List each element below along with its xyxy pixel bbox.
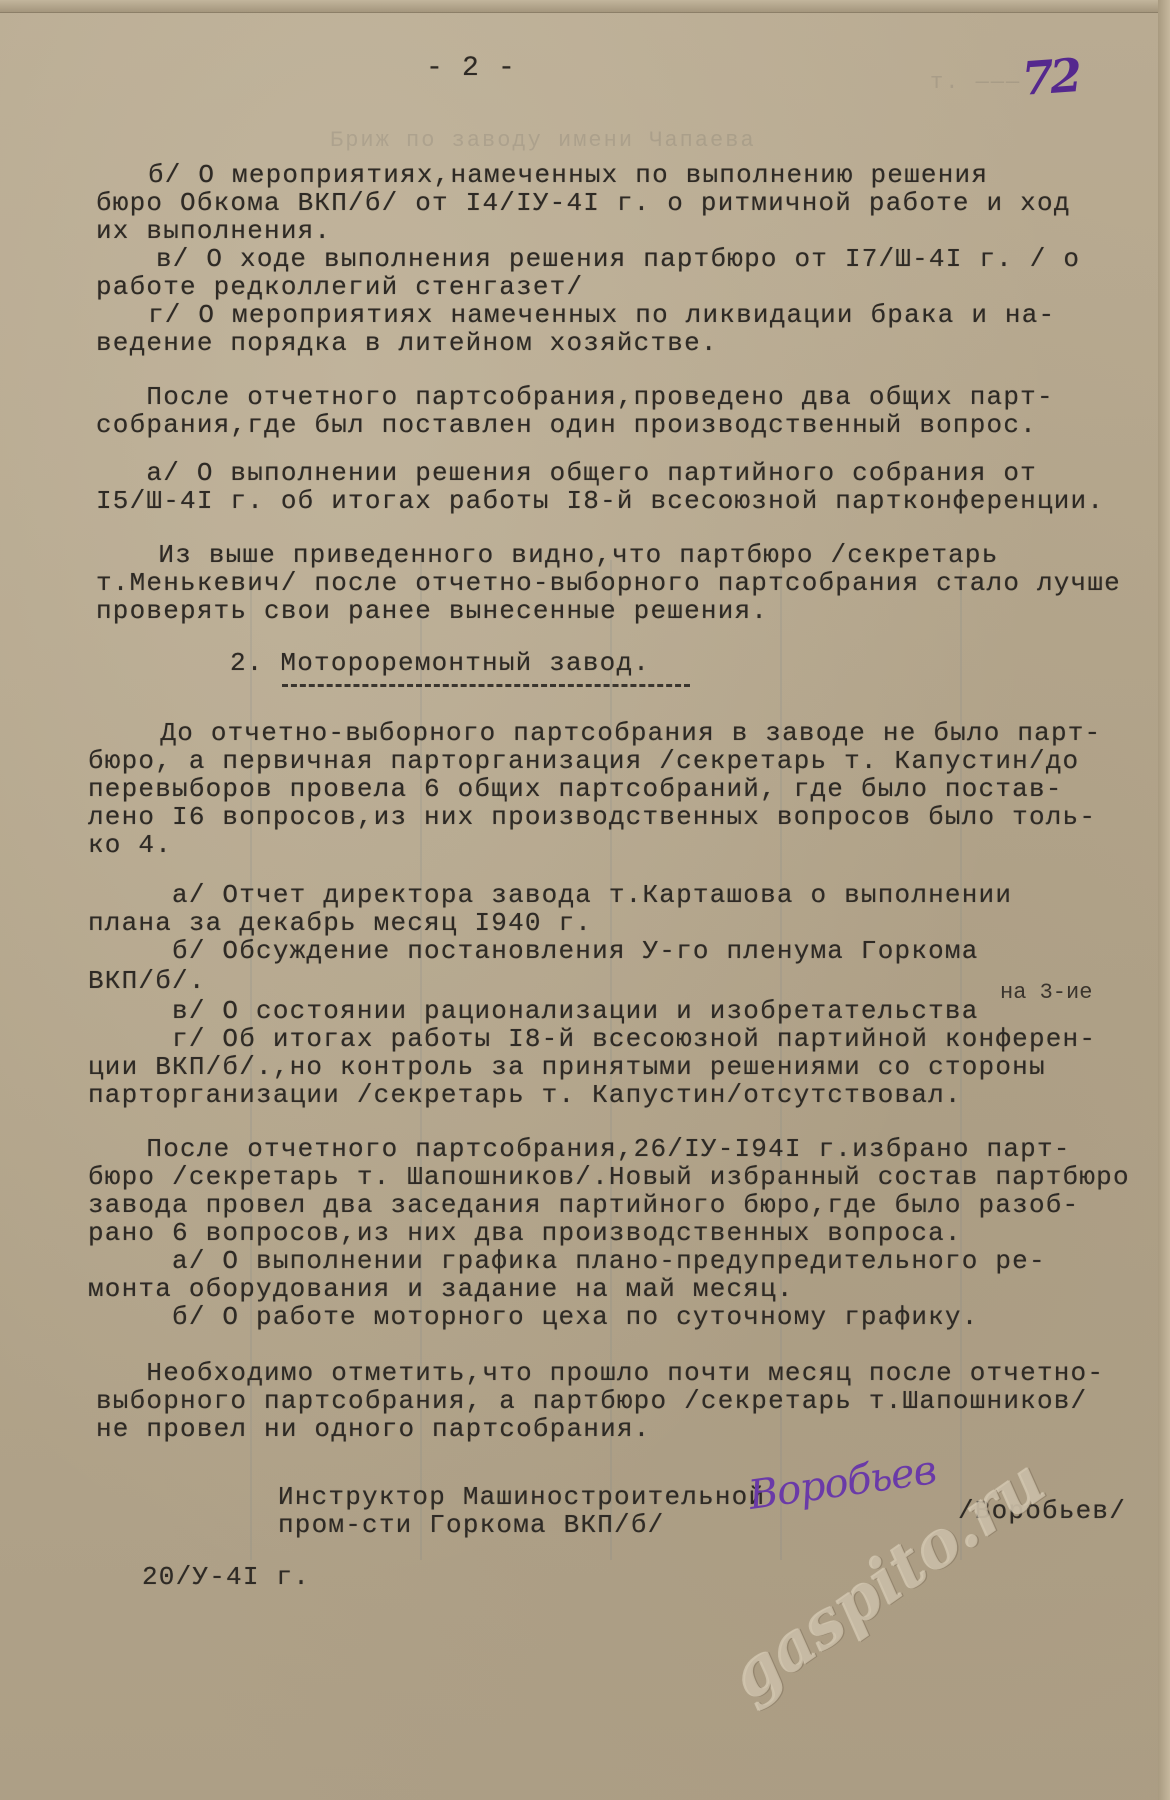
paragraph-line: I5/Ш-4I г. об итогах работы I8-й всесоюз… [96,486,1104,516]
text-line: г/ О мероприятиях намеченных по ликвидац… [148,300,1055,330]
paragraph-line: т.Менькевич/ после отчетно-выборного пар… [96,568,1121,598]
paragraph-line: лено I6 вопросов,из них производственных… [88,802,1096,832]
list-item: а/ О выполнении графика плано-предупреди… [88,1246,1046,1276]
text-line: бюро Обкома ВКП/б/ от I4/IУ-4I г. о ритм… [96,188,1071,218]
list-item: плана за декабрь месяц I940 г. [88,908,592,938]
handwritten-signature: Воробьев [746,1447,939,1519]
paragraph-line: До отчетно-выборного партсобрания в заво… [110,718,1101,748]
paragraph-line: выборного партсобрания, а партбюро /секр… [96,1386,1087,1416]
paragraph-line: собрания,где был поставлен один производ… [96,410,1037,440]
paper-edge [1158,0,1170,1800]
paper-fold [0,0,1170,13]
page-number: - 2 - [426,54,516,84]
archive-sheet-number: 72 [1020,48,1080,106]
paragraph-line: рано 6 вопросов,из них два производствен… [88,1218,962,1248]
signer-title: пром-сти Горкома ВКП/б/ [278,1510,664,1540]
ghost-header: Бриж по заводу имени Чапаева [330,128,756,153]
ghost-stamp: т. ——— [930,70,1021,95]
list-item: монта оборудования и задание на май меся… [88,1274,794,1304]
text-line: б/ О мероприятиях,намеченных по выполнен… [148,160,988,190]
list-item: г/ Об итогах работы I8-й всесоюзной парт… [88,1024,1096,1054]
paragraph-line: не провел ни одного партсобрания. [96,1414,650,1444]
overtyped-mark: на 3-ие [1000,980,1092,1005]
text-line: в/ О ходе выполнения решения партбюро от… [156,244,1080,274]
paragraph-line: Необходимо отметить,что прошло почти мес… [96,1358,1104,1388]
paragraph-line: Из выше приведенного видно,что партбюро … [108,540,999,570]
heading-underline [282,684,690,687]
paragraph-line: бюро /секретарь т. Шапошников/.Новый изб… [88,1162,1130,1192]
text-line: их выполнения. [96,216,331,246]
document-page: т. ——— Бриж по заводу имени Чапаева - 2 … [0,0,1170,1800]
list-item: б/ Обсуждение постановления У-го пленума… [88,936,979,966]
paragraph-line: проверять свои ранее вынесенные решения. [96,596,768,626]
paragraph-line: бюро, а первичная парторганизация /секре… [88,746,1079,776]
paragraph-line: После отчетного партсобрания,26/IУ-I94I … [96,1134,1071,1164]
list-item: а/ Отчет директора завода т.Карташова о … [88,880,1012,910]
paragraph-line: ко 4. [88,830,172,860]
list-item: ВКП/б/. [88,966,206,996]
signer-title: Инструктор Машиностроительной [278,1482,765,1512]
paragraph-line: завода провел два заседания партийного б… [88,1190,1079,1220]
list-item: б/ О работе моторного цеха по суточному … [88,1302,979,1332]
paragraph-line: а/ О выполнении решения общего партийног… [96,458,1037,488]
list-item: парторганизации /секретарь т. Капустин/о… [88,1080,962,1110]
document-date: 20/У-4I г. [142,1562,310,1592]
section-heading: 2. Мотороремонтный завод. [230,648,650,678]
paragraph-line: После отчетного партсобрания,проведено д… [96,382,1054,412]
text-line: ведение порядка в литейном хозяйстве. [96,328,718,358]
paragraph-line: перевыборов провела 6 общих партсобраний… [88,774,1063,804]
text-line: работе редколлегий стенгазет/ [96,272,583,302]
list-item: в/ О состоянии рационализации и изобрета… [88,996,979,1026]
list-item: ции ВКП/б/.,но контроль за принятыми реш… [88,1052,1046,1082]
